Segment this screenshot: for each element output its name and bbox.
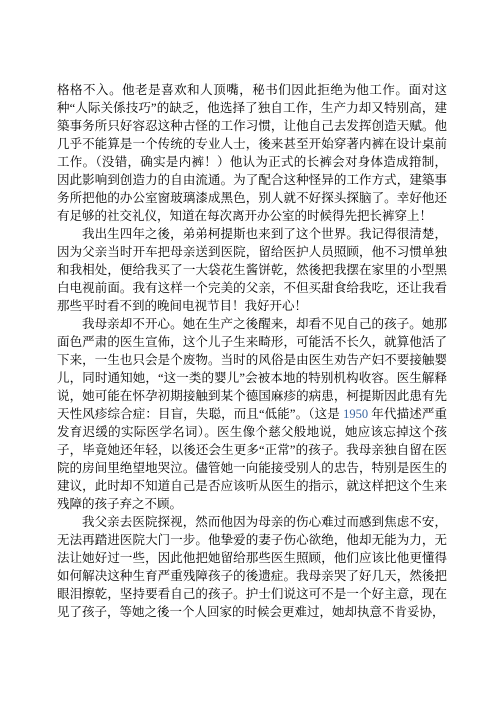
year-value: 1950 xyxy=(343,407,368,421)
text-run: 我父亲去医院探视，然而他因为母亲的伤心难过而感到焦虑不安，无法再踏进医院大门一步… xyxy=(57,515,447,619)
paragraph-3: 我母亲却不开心。她在生产之後醒来，却看不见自己的孩子。她那面色严肃的医生宣佈，这… xyxy=(57,315,447,513)
document-page: 格格不入。他老是喜欢和人顶嘴，秘书们因此拒绝为他工作。面对这种“人际关係技巧”的… xyxy=(57,81,447,621)
text-run: 年代描述严重发育迟缓的实际医学名词）。医生像个慈父般地说，她应该忘掉这个孩子，毕… xyxy=(57,407,447,511)
paragraph-2: 我出生四年之後，弟弟柯提斯也来到了这个世界。我记得很清楚，因为父亲当时开车把母亲… xyxy=(57,225,447,315)
text-run: 我母亲却不开心。她在生产之後醒来，却看不见自己的孩子。她那面色严肃的医生宣佈，这… xyxy=(57,317,447,421)
paragraph-1: 格格不入。他老是喜欢和人顶嘴，秘书们因此拒绝为他工作。面对这种“人际关係技巧”的… xyxy=(57,81,447,225)
document-background: { "page": { "background_color": "#ffffff… xyxy=(0,0,501,711)
text-run: 格格不入。他老是喜欢和人顶嘴，秘书们因此拒绝为他工作。面对这种“人际关係技巧”的… xyxy=(57,83,447,223)
text-run: 我出生四年之後，弟弟柯提斯也来到了这个世界。我记得很清楚，因为父亲当时开车把母亲… xyxy=(57,227,447,313)
paragraph-4: 我父亲去医院探视，然而他因为母亲的伤心难过而感到焦虑不安，无法再踏进医院大门一步… xyxy=(57,513,447,621)
